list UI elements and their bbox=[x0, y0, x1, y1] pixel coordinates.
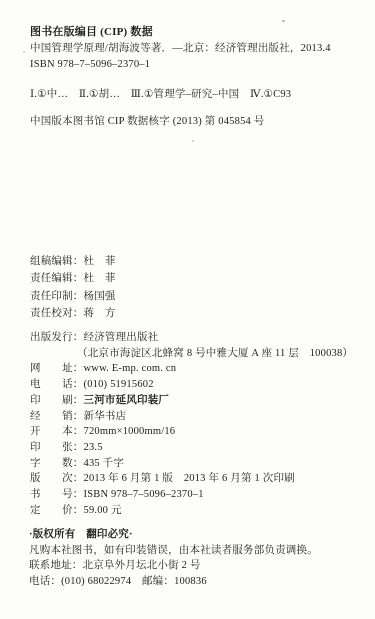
cip-data-block: 图书在版编目 (CIP) 数据 中国管理学原理/胡海波等著．—北京：经济管理出版… bbox=[30, 24, 365, 131]
pub-row-website: 网 址：www. E-mp. com. cn bbox=[30, 361, 365, 377]
staff-row-proofreader: 责任校对：蒋 方 bbox=[30, 305, 365, 322]
pub-row-distributor: 经 销：新华书店 bbox=[30, 409, 365, 425]
exchange-policy-line: 凡购本社图书，如有印装错误，由本社读者服务部负责调换。 bbox=[29, 543, 365, 559]
pub-label: 经 销： bbox=[30, 411, 84, 422]
copyright-notice-block: ·版权所有 翻印必究· 凡购本社图书，如有印装错误，由本社读者服务部负责调换。 … bbox=[29, 527, 365, 589]
pub-row-sheets: 印 张：23.5 bbox=[30, 440, 365, 456]
staff-value: 杨国强 bbox=[84, 291, 116, 302]
rights-reserved-line: ·版权所有 翻印必究· bbox=[29, 527, 365, 543]
pub-row-publisher-address: （北京市海淀区北蜂窝 8 号中雅大厦 A 座 11 层 100038） bbox=[30, 346, 365, 362]
pub-value: 2013 年 6 月第 1 版 2013 年 6 月第 1 次印刷 bbox=[84, 473, 295, 484]
pub-row-isbn: 书 号：ISBN 978–7–5096–2370–1 bbox=[30, 487, 365, 503]
pub-value: (010) 51915602 bbox=[84, 379, 154, 390]
staff-label: 组稿编辑： bbox=[30, 256, 84, 267]
pub-label: 印 刷： bbox=[30, 395, 84, 406]
pub-row-publisher: 出版发行：经济管理出版社 bbox=[30, 330, 365, 346]
pub-value: 720mm×1000mm/16 bbox=[84, 426, 176, 437]
pub-value: 三河市延风印装厂 bbox=[84, 395, 170, 406]
pub-label: 印 张： bbox=[30, 442, 84, 453]
book-copyright-page: 图书在版编目 (CIP) 数据 中国管理学原理/胡海波等著．—北京：经济管理出版… bbox=[0, 0, 375, 619]
pub-value: 435 千字 bbox=[84, 458, 125, 469]
pub-row-word-count: 字 数：435 千字 bbox=[30, 456, 365, 472]
pub-row-price: 定 价：59.00 元 bbox=[30, 503, 365, 519]
pub-row-format: 开 本：720mm×1000mm/16 bbox=[30, 424, 365, 440]
staff-row-acquisition-editor: 组稿编辑：杜 菲 bbox=[30, 253, 365, 270]
pub-value: www. E-mp. com. cn bbox=[84, 363, 177, 374]
pub-label: 定 价： bbox=[30, 505, 84, 516]
staff-credits-block: 组稿编辑：杜 菲 责任编辑：杜 菲 责任印制：杨国强 责任校对：蒋 方 bbox=[30, 253, 365, 323]
pub-row-printer: 印 刷：三河市延风印装厂 bbox=[30, 393, 365, 409]
cip-heading: 图书在版编目 (CIP) 数据 bbox=[30, 24, 365, 41]
pub-row-edition: 版 次：2013 年 6 月第 1 版 2013 年 6 月第 1 次印刷 bbox=[30, 471, 365, 487]
pub-label: 开 本： bbox=[30, 426, 84, 437]
cip-description: 中国管理学原理/胡海波等著．—北京：经济管理出版社，2013.4 bbox=[30, 41, 365, 58]
cip-classification: Ⅰ.①中… Ⅱ.①胡… Ⅲ.①管理学–研究–中国 Ⅳ.①C93 bbox=[30, 87, 365, 104]
staff-value: 杜 菲 bbox=[84, 273, 116, 284]
pub-label: 电 话： bbox=[30, 379, 84, 390]
pub-value: 59.00 元 bbox=[84, 505, 122, 516]
pub-value: 新华书店 bbox=[84, 411, 127, 422]
staff-label: 责任印制： bbox=[30, 291, 84, 302]
contact-phone-line: 电话：(010) 68022974 邮编：100836 bbox=[29, 574, 365, 590]
staff-row-print-supervisor: 责任印制：杨国强 bbox=[30, 288, 365, 305]
staff-label: 责任编辑： bbox=[30, 273, 84, 284]
pub-row-phone: 电 话：(010) 51915602 bbox=[30, 377, 365, 393]
pub-label: 书 号： bbox=[30, 489, 84, 500]
scan-speck bbox=[192, 140, 194, 142]
pub-value: ISBN 978–7–5096–2370–1 bbox=[84, 489, 204, 500]
pub-label: 网 址： bbox=[30, 363, 84, 374]
pub-value: 23.5 bbox=[84, 442, 103, 453]
staff-row-responsible-editor: 责任编辑：杜 菲 bbox=[30, 270, 365, 287]
pub-label: 字 数： bbox=[30, 458, 84, 469]
pub-value: 经济管理出版社 bbox=[84, 332, 159, 343]
pub-value: （北京市海淀区北蜂窝 8 号中雅大厦 A 座 11 层 100038） bbox=[77, 348, 353, 359]
staff-value: 杜 菲 bbox=[84, 256, 116, 267]
scan-speck bbox=[282, 20, 285, 22]
staff-value: 蒋 方 bbox=[84, 308, 116, 319]
cip-registry-number: 中国版本图书馆 CIP 数据核字 (2013) 第 045854 号 bbox=[30, 114, 365, 131]
contact-address-line: 联系地址：北京阜外月坛北小街 2 号 bbox=[29, 558, 365, 574]
cip-isbn: ISBN 978–7–5096–2370–1 bbox=[30, 57, 365, 74]
publication-info-block: 出版发行：经济管理出版社 （北京市海淀区北蜂窝 8 号中雅大厦 A 座 11 层… bbox=[30, 330, 365, 518]
pub-label: 版 次： bbox=[30, 473, 84, 484]
scan-speck bbox=[23, 51, 25, 53]
pub-label: 出版发行： bbox=[30, 332, 84, 343]
staff-label: 责任校对： bbox=[30, 308, 84, 319]
